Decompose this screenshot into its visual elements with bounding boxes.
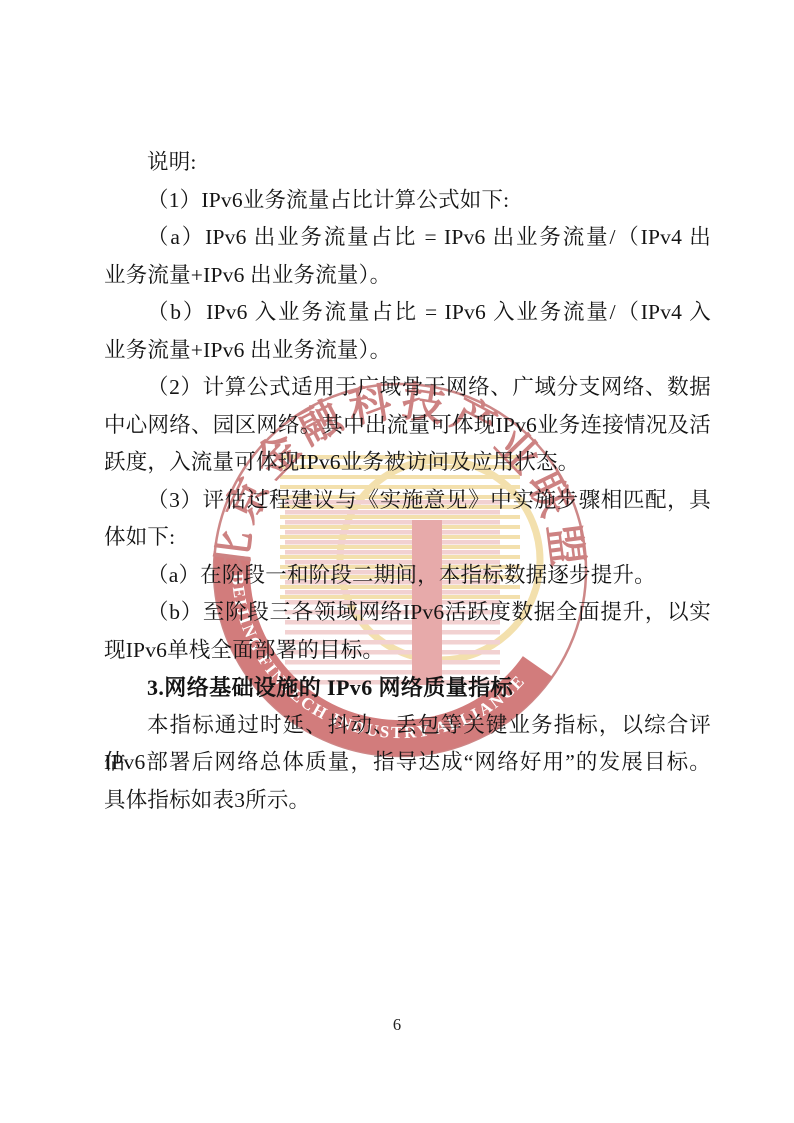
page-number: 6 <box>0 1015 794 1035</box>
text-line: 具体指标如表3所示。 <box>104 782 711 820</box>
text-line: 业务流量+IPv6 出业务流量）。 <box>104 257 711 295</box>
text-line: （1）IPv6业务流量占比计算公式如下: <box>104 182 711 220</box>
section-heading: 3.网络基础设施的 IPv6 网络质量指标 <box>104 669 711 707</box>
text-line: 中心网络、园区网络。其中出流量可体现IPv6业务连接情况及活 <box>104 407 711 445</box>
document-page: 北京金融科技产业联盟 BEIJING FINTECH INDUSTRY ALLI… <box>0 0 794 1123</box>
text-line: 跃度，入流量可体现IPv6业务被访问及应用状态。 <box>104 444 711 482</box>
text-line: 现IPv6单栈全面部署的目标。 <box>104 632 711 670</box>
text-line: （b）至阶段三各领域网络IPv6活跃度数据全面提升，以实 <box>104 594 711 632</box>
text-line: （a）在阶段一和阶段二期间，本指标数据逐步提升。 <box>104 557 711 595</box>
text-line: 说明: <box>104 144 711 182</box>
text-line: IPv6部署后网络总体质量，指导达成“网络好用”的发展目标。 <box>104 744 711 782</box>
text-line: （a）IPv6 出业务流量占比 = IPv6 出业务流量/（IPv4 出 <box>104 219 711 257</box>
text-line: （3）评估过程建议与《实施意见》中实施步骤相匹配，具 <box>104 482 711 520</box>
text-line: （b）IPv6 入业务流量占比 = IPv6 入业务流量/（IPv4 入 <box>104 294 711 332</box>
document-body: 说明:（1）IPv6业务流量占比计算公式如下:（a）IPv6 出业务流量占比 =… <box>104 144 711 819</box>
text-line: 本指标通过时延、抖动、丢包等关键业务指标，以综合评估 <box>104 707 711 745</box>
text-line: 业务流量+IPv6 出业务流量）。 <box>104 332 711 370</box>
text-line: 体如下: <box>104 519 711 557</box>
text-line: （2）计算公式适用于广域骨干网络、广域分支网络、数据 <box>104 369 711 407</box>
